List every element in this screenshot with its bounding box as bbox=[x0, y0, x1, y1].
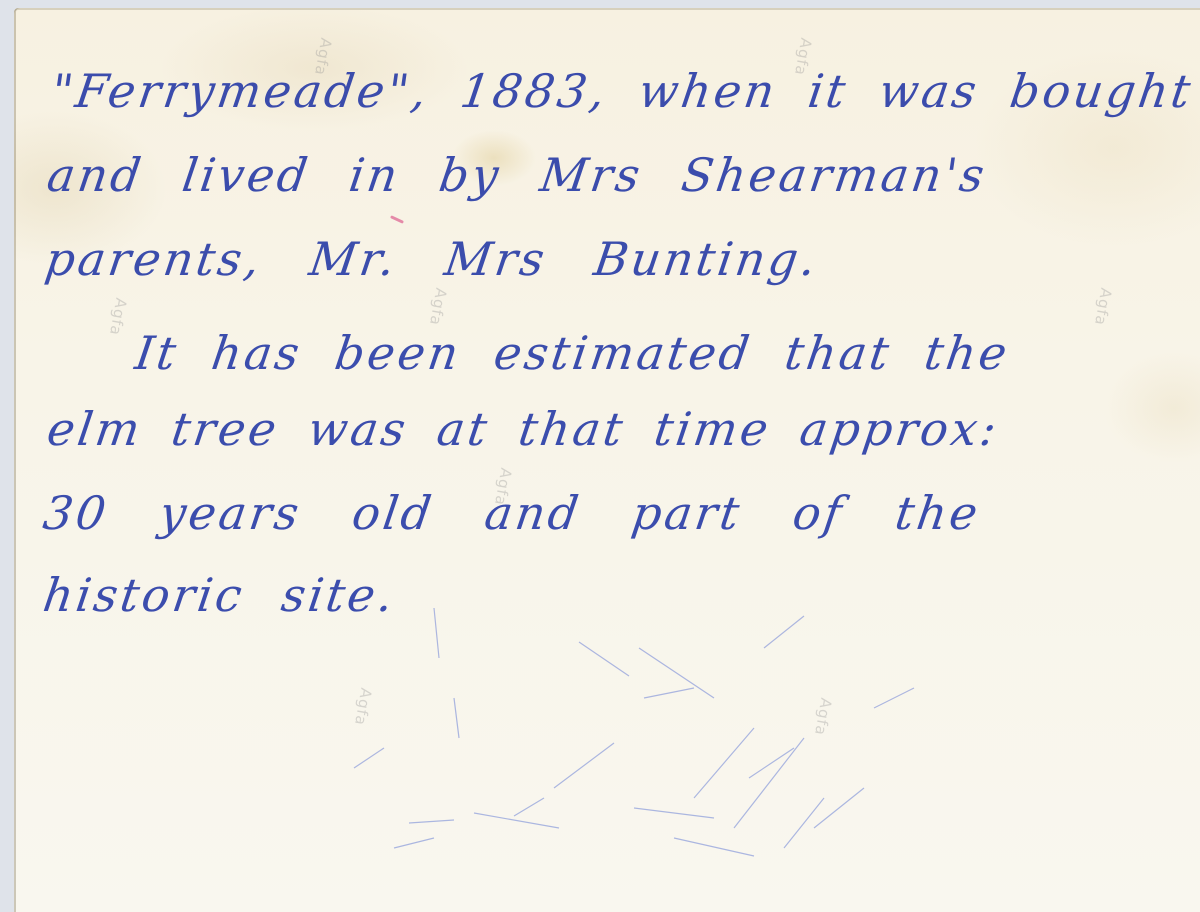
handwritten-line: 30 years old and part of the bbox=[40, 486, 984, 540]
scan-frame: Agfa Agfa Agfa Agfa Agfa Agfa Agfa Agfa bbox=[0, 0, 1200, 912]
handwritten-line: parents, Mr. Mrs Bunting. bbox=[42, 232, 822, 286]
handwritten-line: "Ferrymeade", 1883, when it was bought bbox=[48, 64, 1197, 118]
handwritten-line: It has been estimated that the bbox=[132, 326, 1013, 380]
handwritten-line: and lived in by Mrs Shearman's bbox=[44, 148, 990, 202]
photo-back-paper: Agfa Agfa Agfa Agfa Agfa Agfa Agfa Agfa bbox=[14, 8, 1200, 912]
handwritten-text: "Ferrymeade", 1883, when it was bought a… bbox=[14, 8, 1200, 912]
handwritten-line: elm tree was at that time approx: bbox=[44, 402, 1003, 456]
handwritten-line: historic site. bbox=[40, 568, 399, 622]
